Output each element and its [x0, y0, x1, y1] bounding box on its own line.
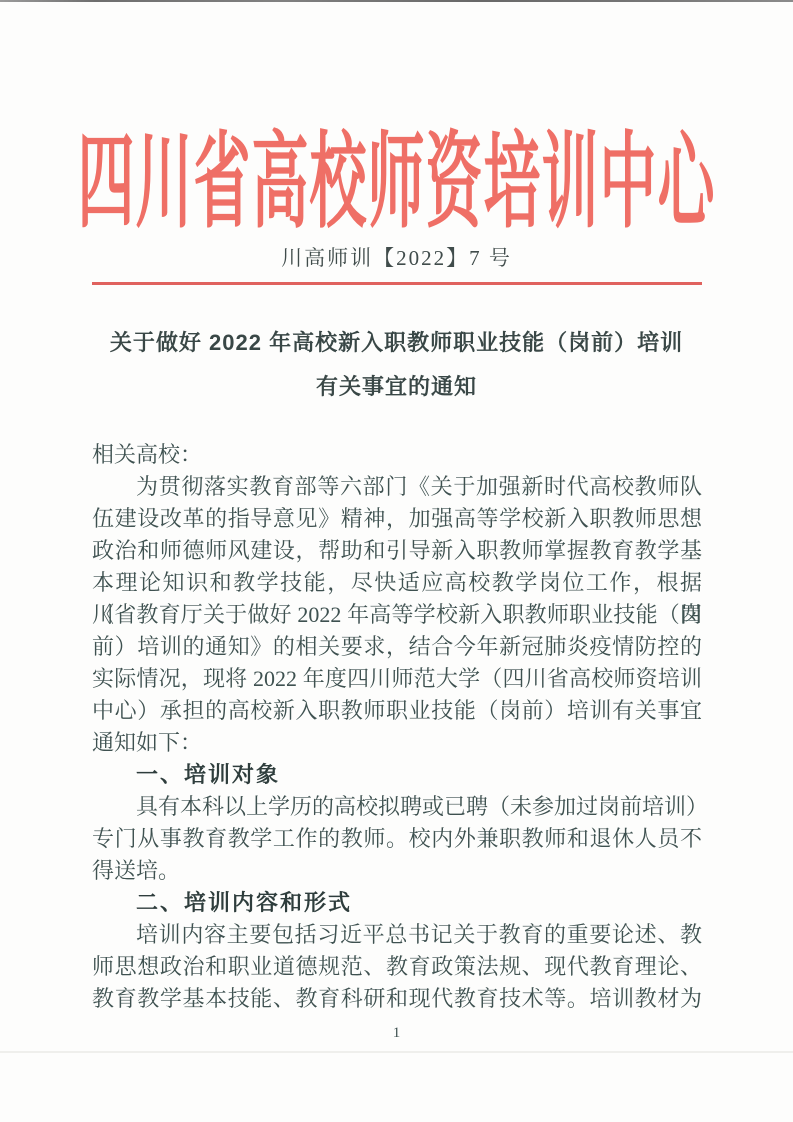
body-line: 得送培。	[92, 855, 702, 887]
body-line: 相关高校：	[92, 439, 702, 471]
body-line: 专门从事教育教学工作的教师。校内外兼职教师和退休人员不	[92, 823, 702, 855]
body-line: 实际情况，现将 2022 年度四川师范大学（四川省高校师资培训	[92, 663, 702, 695]
body-line: 具有本科以上学历的高校拟聘或已聘（未参加过岗前培训）	[92, 791, 702, 823]
body-section-heading: 二、培训内容和形式	[92, 887, 702, 919]
scan-artifact-bottom-edge	[0, 1051, 793, 1053]
body-line: 政治和师德师风建设，帮助和引导新入职教师掌握教育教学基	[92, 535, 702, 567]
red-divider-rule	[92, 282, 702, 285]
doc-title-line-1: 关于做好 2022 年高校新入职教师职业技能（岗前）培训	[0, 321, 793, 365]
document-header: 四川省高校师资培训中心 川高师训【2022】7 号	[0, 112, 793, 285]
org-title: 四川省高校师资培训中心	[78, 99, 716, 248]
body-line: 伍建设改革的指导意见》精神，加强高等学校新入职教师思想	[92, 503, 702, 535]
document-footer: 1	[0, 1025, 793, 1042]
document-page: 四川省高校师资培训中心 川高师训【2022】7 号 关于做好 2022 年高校新…	[0, 0, 793, 1122]
body-line: 教育教学基本技能、教育科研和现代教育技术等。培训教材为	[92, 983, 702, 1015]
org-title-wrap: 四川省高校师资培训中心	[0, 112, 793, 236]
body-line: 川省教育厅关于做好 2022 年高等学校新入职教师职业技能（岗	[92, 599, 702, 631]
body-line: 培训内容主要包括习近平总书记关于教育的重要论述、教	[92, 919, 702, 951]
page-number: 1	[0, 1025, 793, 1042]
doc-title-line-2: 有关事宜的通知	[0, 365, 793, 409]
body-section-heading: 一、培训对象	[92, 759, 702, 791]
scan-artifact-top-edge	[0, 0, 793, 2]
document-body: 相关高校：为贯彻落实教育部等六部门《关于加强新时代高校教师队伍建设改革的指导意见…	[92, 439, 702, 1015]
doc-title: 关于做好 2022 年高校新入职教师职业技能（岗前）培训 有关事宜的通知	[0, 321, 793, 409]
body-line: 师思想政治和职业道德规范、教育政策法规、现代教育理论、	[92, 951, 702, 983]
body-line: 前）培训的通知》的相关要求，结合今年新冠肺炎疫情防控的	[92, 631, 702, 663]
body-line: 为贯彻落实教育部等六部门《关于加强新时代高校教师队	[92, 471, 702, 503]
body-line: 中心）承担的高校新入职教师职业技能（岗前）培训有关事宜	[92, 695, 702, 727]
body-line: 通知如下：	[92, 727, 702, 759]
body-line: 本理论知识和教学技能，尽快适应高校教学岗位工作，根据《四	[92, 567, 702, 599]
